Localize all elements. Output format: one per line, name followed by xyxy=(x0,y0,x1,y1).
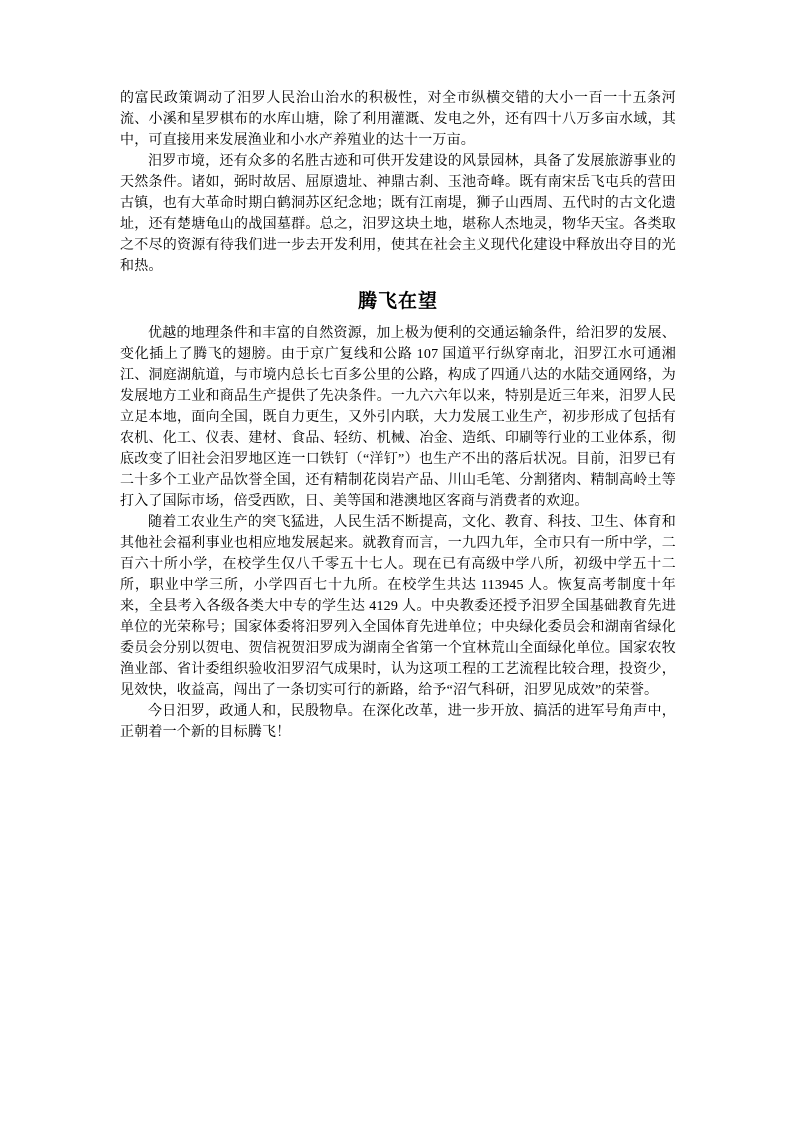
paragraph-education-honors: 随着工农业生产的突飞猛进，人民生活不断提高，文化、教育、科技、卫生、体育和其他社… xyxy=(120,512,676,701)
paragraph-transport-industry: 优越的地理条件和丰富的自然资源，加上极为便利的交通运输条件，给汨罗的发展、变化插… xyxy=(120,323,676,512)
document-content: 的富民政策调动了汨罗人民治山治水的积极性，对全市纵横交错的大小一百一十五条河流、… xyxy=(120,88,676,743)
document-page: 的富民政策调动了汨罗人民治山治水的积极性，对全市纵横交错的大小一百一十五条河流、… xyxy=(0,0,793,1122)
section-heading: 腾飞在望 xyxy=(120,290,676,314)
paragraph-closing: 今日汨罗，政通人和，民殷物阜。在深化改革，进一步开放、搞活的进军号角声中，正朝着… xyxy=(120,701,676,743)
paragraph-continuation: 的富民政策调动了汨罗人民治山治水的积极性，对全市纵横交错的大小一百一十五条河流、… xyxy=(120,88,676,151)
paragraph-scenic-spots: 汨罗市境，还有众多的名胜古迹和可供开发建设的风景园林，具备了发展旅游事业的天然条… xyxy=(120,151,676,277)
